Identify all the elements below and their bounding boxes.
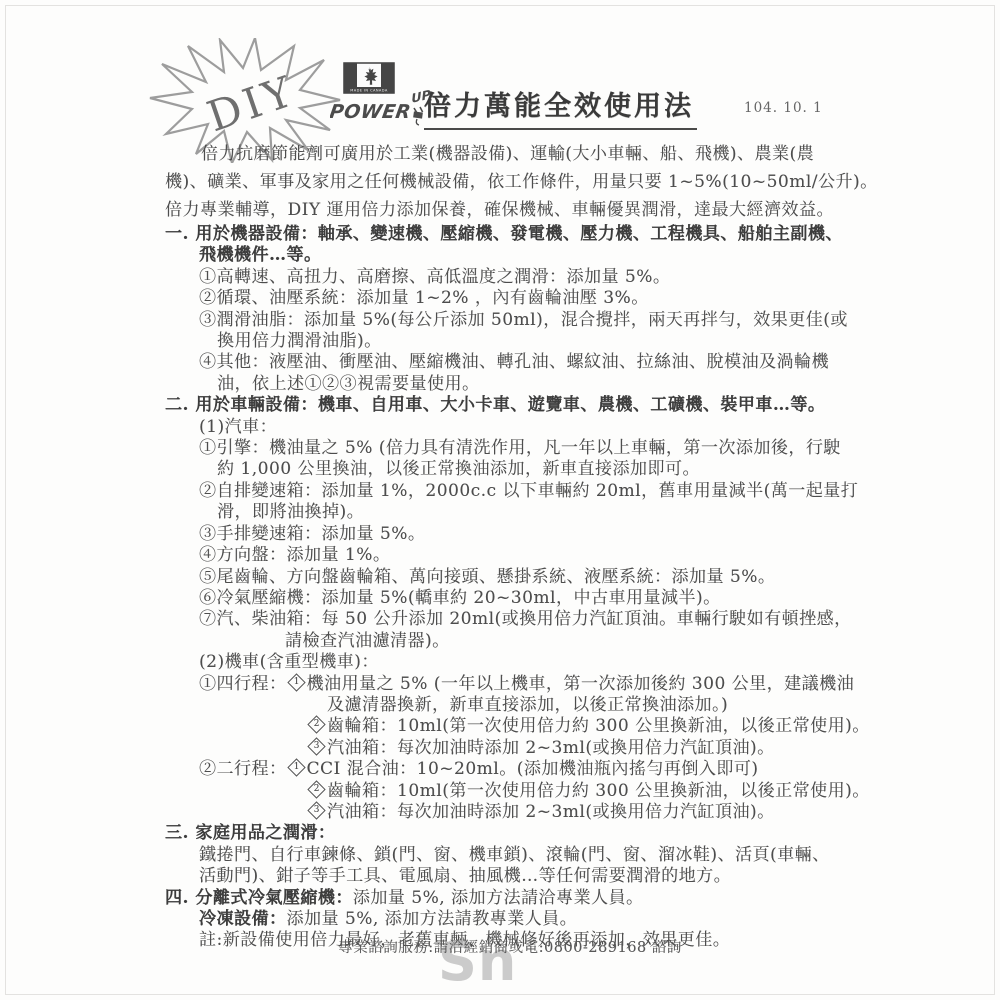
canada-flag-icon: MADE IN CANADA bbox=[344, 63, 394, 93]
doc-line: 3汽油箱：每次加油時添加 2~3ml(或換用倍力汽缸頂油)。 bbox=[307, 802, 867, 823]
doc-line: ②二行程：1CCI 混合油：10~20ml。(添加機油瓶內搖勻再倒入即可) bbox=[199, 759, 867, 780]
doc-line: 二. 用於車輛設備：機車、自用車、大小卡車、遊覽車、農機、工礦機、裝甲車…等。 bbox=[165, 395, 867, 416]
doc-line: 鐵捲門、自行車鍊條、鎖(門、窗、機車鎖)、滾輪(門、窗、溜冰鞋)、活頁(車輛、 bbox=[199, 845, 867, 866]
doc-line: ②自排變速箱：添加量 1%，2000c.c 以下車輛約 20ml，舊車用量減半(… bbox=[199, 481, 867, 502]
doc-line: ③手排變速箱：添加量 5%。 bbox=[199, 524, 867, 545]
doc-line: 約 1,000 公里換油，以後正常換油添加，新車直接添加即可。 bbox=[217, 459, 867, 480]
doc-line: 機)、礦業、軍事及家用之任何機械設備，依工作條件，用量只要 1~5%(10~50… bbox=[165, 168, 867, 196]
doc-line: 滑，即將油換掉)。 bbox=[217, 502, 867, 523]
doc-line: 2齒輪箱：10ml(第一次使用倍力約 300 公里換新油，以後正常使用)。 bbox=[307, 716, 867, 737]
doc-line: ①高轉速、高扭力、高磨擦、高低溫度之潤滑：添加量 5%。 bbox=[199, 267, 867, 288]
doc-line: 活動門)、鉗子等手工具、電風扇、抽風機…等任何需要潤滑的地方。 bbox=[199, 866, 867, 887]
flag-caption: MADE IN CANADA bbox=[350, 89, 388, 93]
plug-icon bbox=[413, 107, 423, 125]
diamond-number-marker: 2 bbox=[307, 716, 325, 734]
doc-line: ③潤滑油脂：添加量 5%(每公斤添加 50ml)，混合攪拌，兩天再拌勻，效果更佳… bbox=[199, 310, 867, 331]
page-title: 倍力萬能全效使用法 bbox=[424, 84, 697, 130]
document-date: 104. 10. 1 bbox=[744, 100, 823, 116]
doc-line: 2齒輪箱：10ml(第一次使用倍力約 300 公里換新油，以後正常使用)。 bbox=[307, 781, 867, 802]
doc-line: ①引擎：機油量之 5% (倍力具有清洗作用，凡一年以上車輛，第一次添加後，行駛 bbox=[199, 438, 867, 459]
doc-line: 油，依上述①②③視需要量使用。 bbox=[217, 374, 867, 395]
doc-line: (2)機車(含重型機車)： bbox=[199, 652, 867, 673]
doc-line: ②循環、油壓系統：添加量 1~2% ，內有齒輪油壓 3%。 bbox=[199, 288, 867, 309]
doc-line: 飛機機件…等。 bbox=[199, 245, 867, 266]
doc-line: 及濾清器換新，新車直接添加，以後正常換油添加。) bbox=[327, 695, 867, 716]
doc-line: 換用倍力潤滑油脂)。 bbox=[217, 331, 867, 352]
doc-line: (1)汽車： bbox=[199, 417, 867, 438]
doc-line: 倍力抗磨節能劑可廣用於工業(機器設備)、運輸(大小車輛、船、飛機)、農業(農 bbox=[165, 140, 867, 168]
doc-line: ①四行程：1機油用量之 5% (一年以上機車，第一次添加後約 300 公里，建議… bbox=[199, 674, 867, 695]
doc-line: 倍力專業輔導，DIY 運用倍力添加保養，確保機械、車輛優異潤滑，達最大經濟效益。 bbox=[165, 196, 867, 224]
doc-line: 3汽油箱：每次加油時添加 2~3ml(或換用倍力汽缸頂油)。 bbox=[307, 738, 867, 759]
document-body: 倍力抗磨節能劑可廣用於工業(機器設備)、運輸(大小車輛、船、飛機)、農業(農機)… bbox=[165, 140, 867, 952]
doc-line: 請檢查汽油濾清器)。 bbox=[285, 631, 867, 652]
doc-line: 一. 用於機器設備：軸承、變速機、壓縮機、發電機、壓力機、工程機具、船舶主副機、 bbox=[165, 224, 867, 245]
doc-line: 冷凍設備：添加量 5%, 添加方法請教專業人員。 bbox=[199, 909, 867, 930]
contact-footer: 專業諮詢服務:請洽經銷商或電:0800-289168 諮詢 bbox=[165, 936, 855, 957]
diamond-number-marker: 1 bbox=[287, 758, 305, 776]
scanned-instruction-sheet: { "header": { "diy_badge": "DIY", "logo"… bbox=[0, 0, 1000, 1000]
diamond-number-marker: 1 bbox=[287, 673, 305, 691]
diamond-number-marker: 3 bbox=[307, 801, 325, 819]
logo-brand-text: POWER bbox=[330, 100, 413, 123]
doc-line: ④方向盤：添加量 1%。 bbox=[199, 545, 867, 566]
doc-line: ⑥冷氣壓縮機：添加量 5%(轎車約 20~30ml，中古車用量減半)。 bbox=[199, 588, 867, 609]
doc-line: ④其他：液壓油、衝壓油、壓縮機油、轉孔油、螺紋油、拉絲油、脫模油及渦輪機 bbox=[199, 352, 867, 373]
doc-line: 四. 分離式冷氣壓縮機：添加量 5%, 添加方法請洽專業人員。 bbox=[165, 888, 867, 909]
doc-line: ⑦汽、柴油箱：每 50 公升添加 20ml(或換用倍力汽缸頂油。車輛行駛如有頓挫… bbox=[199, 609, 867, 630]
diamond-number-marker: 2 bbox=[307, 780, 325, 798]
doc-line: ⑤尾齒輪、方向盤齒輪箱、萬向接頭、懸掛系統、液壓系統：添加量 5%。 bbox=[199, 567, 867, 588]
diamond-number-marker: 3 bbox=[307, 737, 325, 755]
doc-line: 三. 家庭用品之潤滑： bbox=[165, 823, 867, 844]
